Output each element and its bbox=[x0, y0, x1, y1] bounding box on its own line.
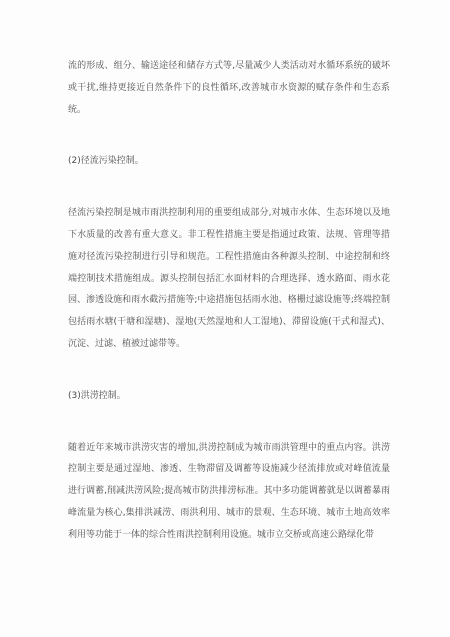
section-heading-flood-control: (3)洪涝控制。 bbox=[68, 386, 390, 408]
section-heading-runoff-pollution-control: (2)径流污染控制。 bbox=[68, 151, 390, 173]
body-paragraph-runoff-pollution-control: 径流污染控制是城市雨洪控制利用的重要组成部分,对城市水体、生态环境以及地下水质量… bbox=[68, 203, 390, 356]
document-page: 流的形成、组分、输送途径和储存方式等,尽量减少人类活动对水循环系统的破坏或干扰,… bbox=[0, 0, 450, 637]
continued-paragraph-water-cycle: 流的形成、组分、输送途径和储存方式等,尽量减少人类活动对水循环系统的破坏或干扰,… bbox=[68, 56, 390, 121]
body-paragraph-flood-control: 随着近年来城市洪涝灾害的增加,洪涝控制成为城市雨洪管理中的重点内容。洪涝控制主要… bbox=[68, 438, 390, 547]
